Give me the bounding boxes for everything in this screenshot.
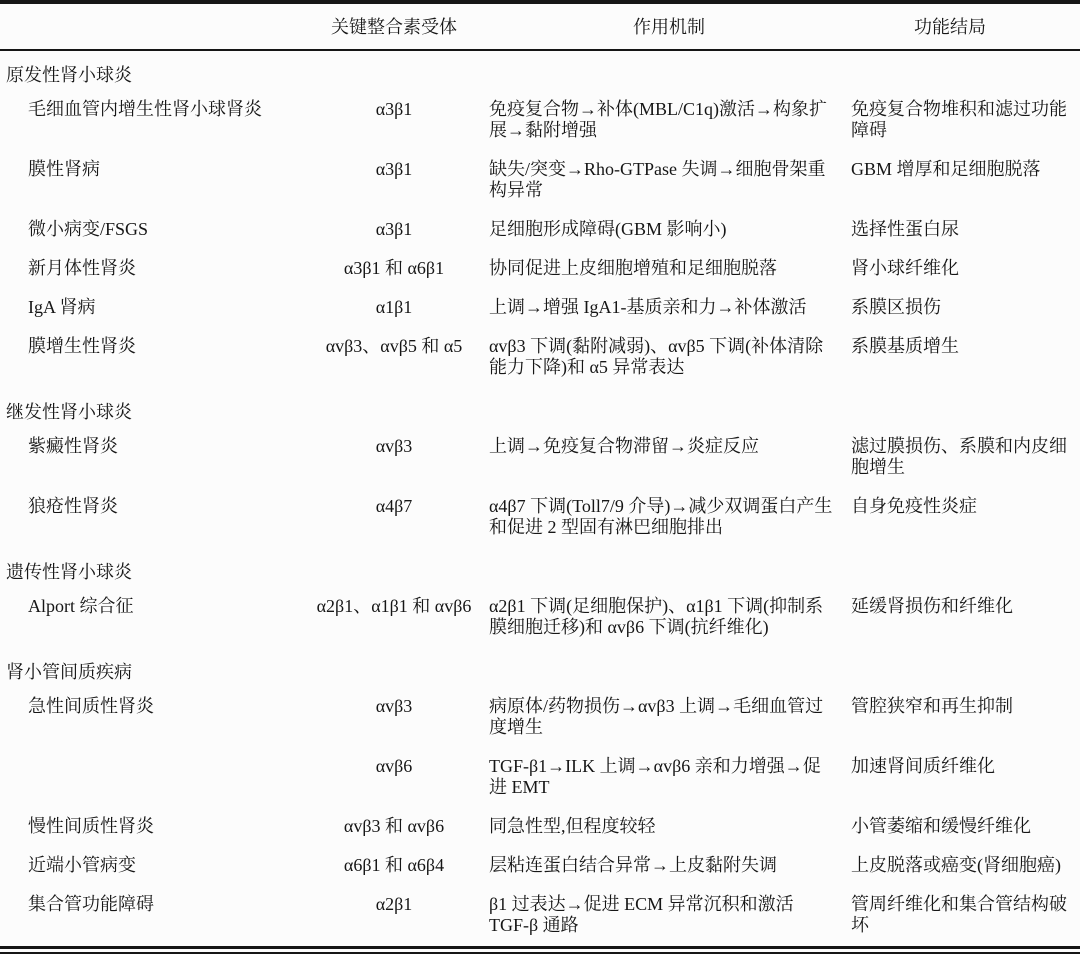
receptor-cell: α3β1 和 α6β1 (300, 250, 488, 289)
header-row: 关键整合素受体 作用机制 功能结局 (0, 2, 1080, 50)
outcome-cell: 延缓肾损伤和纤维化 (850, 588, 1080, 648)
disease-cell: 急性间质性肾炎 (0, 688, 300, 748)
receptor-cell: αvβ3、αvβ5 和 α5 (300, 328, 488, 388)
disease-cell: 狼疮性肾炎 (0, 488, 300, 548)
disease-cell: 毛细血管内增生性肾小球肾炎 (0, 91, 300, 151)
col-header-receptor: 关键整合素受体 (300, 2, 488, 50)
mechanism-cell: 协同促进上皮细胞增殖和足细胞脱落 (488, 250, 850, 289)
receptor-cell: αvβ3 (300, 428, 488, 488)
outcome-cell: 自身免疫性炎症 (850, 488, 1080, 548)
mechanism-cell: β1 过表达→促进 ECM 异常沉积和激活 TGF-β 通路 (488, 886, 850, 946)
disease-cell: 膜性肾病 (0, 151, 300, 211)
outcome-cell: 小管萎缩和缓慢纤维化 (850, 808, 1080, 847)
outcome-cell: 选择性蛋白尿 (850, 211, 1080, 250)
table-row: 新月体性肾炎α3β1 和 α6β1协同促进上皮细胞增殖和足细胞脱落肾小球纤维化 (0, 250, 1080, 289)
outcome-cell: 加速肾间质纤维化 (850, 748, 1080, 808)
outcome-cell: 系膜区损伤 (850, 289, 1080, 328)
table-row: 膜增生性肾炎αvβ3、αvβ5 和 α5αvβ3 下调(黏附减弱)、αvβ5 下… (0, 328, 1080, 388)
mechanism-cell: 缺失/突变→Rho-GTPase 失调→细胞骨架重构异常 (488, 151, 850, 211)
outcome-cell: 管周纤维化和集合管结构破坏 (850, 886, 1080, 946)
outcome-cell: 系膜基质增生 (850, 328, 1080, 388)
mechanism-cell: α4β7 下调(Toll7/9 介导)→减少双调蛋白产生和促进 2 型固有淋巴细… (488, 488, 850, 548)
receptor-cell: α3β1 (300, 151, 488, 211)
table-row: 集合管功能障碍α2β1β1 过表达→促进 ECM 异常沉积和激活 TGF-β 通… (0, 886, 1080, 946)
section-title: 原发性肾小球炎 (0, 50, 1080, 91)
receptor-cell: α6β1 和 α6β4 (300, 847, 488, 886)
mechanism-cell: α2β1 下调(足细胞保护)、α1β1 下调(抑制系膜细胞迁移)和 αvβ6 下… (488, 588, 850, 648)
section-row: 继发性肾小球炎 (0, 388, 1080, 428)
table-row: 近端小管病变α6β1 和 α6β4层粘连蛋白结合异常→上皮黏附失调上皮脱落或癌变… (0, 847, 1080, 886)
disease-cell: 微小病变/FSGS (0, 211, 300, 250)
mechanism-cell: 同急性型,但程度较轻 (488, 808, 850, 847)
receptor-cell: αvβ6 (300, 748, 488, 808)
paper-table-page: 关键整合素受体 作用机制 功能结局 原发性肾小球炎毛细血管内增生性肾小球肾炎α3… (0, 0, 1080, 954)
disease-cell: 集合管功能障碍 (0, 886, 300, 946)
table-row: Alport 综合征α2β1、α1β1 和 αvβ6α2β1 下调(足细胞保护)… (0, 588, 1080, 648)
table-row: 毛细血管内增生性肾小球肾炎α3β1免疫复合物→补体(MBL/C1q)激活→构象扩… (0, 91, 1080, 151)
disease-cell: 紫癜性肾炎 (0, 428, 300, 488)
table-row: 膜性肾病α3β1缺失/突变→Rho-GTPase 失调→细胞骨架重构异常GBM … (0, 151, 1080, 211)
col-header-disease (0, 2, 300, 50)
section-title: 继发性肾小球炎 (0, 388, 1080, 428)
disease-cell: Alport 综合征 (0, 588, 300, 648)
table-row: 急性间质性肾炎αvβ3病原体/药物损伤→αvβ3 上调→毛细血管过度增生管腔狭窄… (0, 688, 1080, 748)
receptor-cell: α2β1、α1β1 和 αvβ6 (300, 588, 488, 648)
section-row: 肾小管间质疾病 (0, 648, 1080, 688)
section-title: 肾小管间质疾病 (0, 648, 1080, 688)
receptor-cell: αvβ3 (300, 688, 488, 748)
mechanism-cell: TGF-β1→ILK 上调→αvβ6 亲和力增强→促进 EMT (488, 748, 850, 808)
section-title: 遗传性肾小球炎 (0, 548, 1080, 588)
mechanism-cell: 足细胞形成障碍(GBM 影响小) (488, 211, 850, 250)
receptor-cell: αvβ3 和 αvβ6 (300, 808, 488, 847)
disease-cell: 膜增生性肾炎 (0, 328, 300, 388)
disease-cell: 新月体性肾炎 (0, 250, 300, 289)
receptor-cell: α3β1 (300, 211, 488, 250)
mechanism-cell: 上调→免疫复合物滞留→炎症反应 (488, 428, 850, 488)
mechanism-cell: 免疫复合物→补体(MBL/C1q)激活→构象扩展→黏附增强 (488, 91, 850, 151)
mechanism-cell: 层粘连蛋白结合异常→上皮黏附失调 (488, 847, 850, 886)
table-bottom-rule (0, 946, 1080, 954)
col-header-outcome: 功能结局 (850, 2, 1080, 50)
receptor-cell: α3β1 (300, 91, 488, 151)
disease-cell (0, 748, 300, 808)
table-row: 紫癜性肾炎αvβ3上调→免疫复合物滞留→炎症反应滤过膜损伤、系膜和内皮细胞增生 (0, 428, 1080, 488)
mechanism-cell: 病原体/药物损伤→αvβ3 上调→毛细血管过度增生 (488, 688, 850, 748)
outcome-cell: 滤过膜损伤、系膜和内皮细胞增生 (850, 428, 1080, 488)
disease-cell: IgA 肾病 (0, 289, 300, 328)
receptor-cell: α2β1 (300, 886, 488, 946)
section-row: 遗传性肾小球炎 (0, 548, 1080, 588)
outcome-cell: 肾小球纤维化 (850, 250, 1080, 289)
outcome-cell: 免疫复合物堆积和滤过功能障碍 (850, 91, 1080, 151)
table-row: αvβ6TGF-β1→ILK 上调→αvβ6 亲和力增强→促进 EMT加速肾间质… (0, 748, 1080, 808)
outcome-cell: 管腔狭窄和再生抑制 (850, 688, 1080, 748)
disease-cell: 慢性间质性肾炎 (0, 808, 300, 847)
section-row: 原发性肾小球炎 (0, 50, 1080, 91)
mechanism-cell: αvβ3 下调(黏附减弱)、αvβ5 下调(补体清除能力下降)和 α5 异常表达 (488, 328, 850, 388)
mechanism-cell: 上调→增强 IgA1-基质亲和力→补体激活 (488, 289, 850, 328)
receptor-cell: α1β1 (300, 289, 488, 328)
table-row: 慢性间质性肾炎αvβ3 和 αvβ6同急性型,但程度较轻小管萎缩和缓慢纤维化 (0, 808, 1080, 847)
table-row: 微小病变/FSGSα3β1足细胞形成障碍(GBM 影响小)选择性蛋白尿 (0, 211, 1080, 250)
outcome-cell: GBM 增厚和足细胞脱落 (850, 151, 1080, 211)
integrin-kidney-disease-table: 关键整合素受体 作用机制 功能结局 原发性肾小球炎毛细血管内增生性肾小球肾炎α3… (0, 0, 1080, 946)
table-row: 狼疮性肾炎α4β7α4β7 下调(Toll7/9 介导)→减少双调蛋白产生和促进… (0, 488, 1080, 548)
outcome-cell: 上皮脱落或癌变(肾细胞癌) (850, 847, 1080, 886)
disease-cell: 近端小管病变 (0, 847, 300, 886)
table-row: IgA 肾病α1β1上调→增强 IgA1-基质亲和力→补体激活系膜区损伤 (0, 289, 1080, 328)
col-header-mechanism: 作用机制 (488, 2, 850, 50)
receptor-cell: α4β7 (300, 488, 488, 548)
